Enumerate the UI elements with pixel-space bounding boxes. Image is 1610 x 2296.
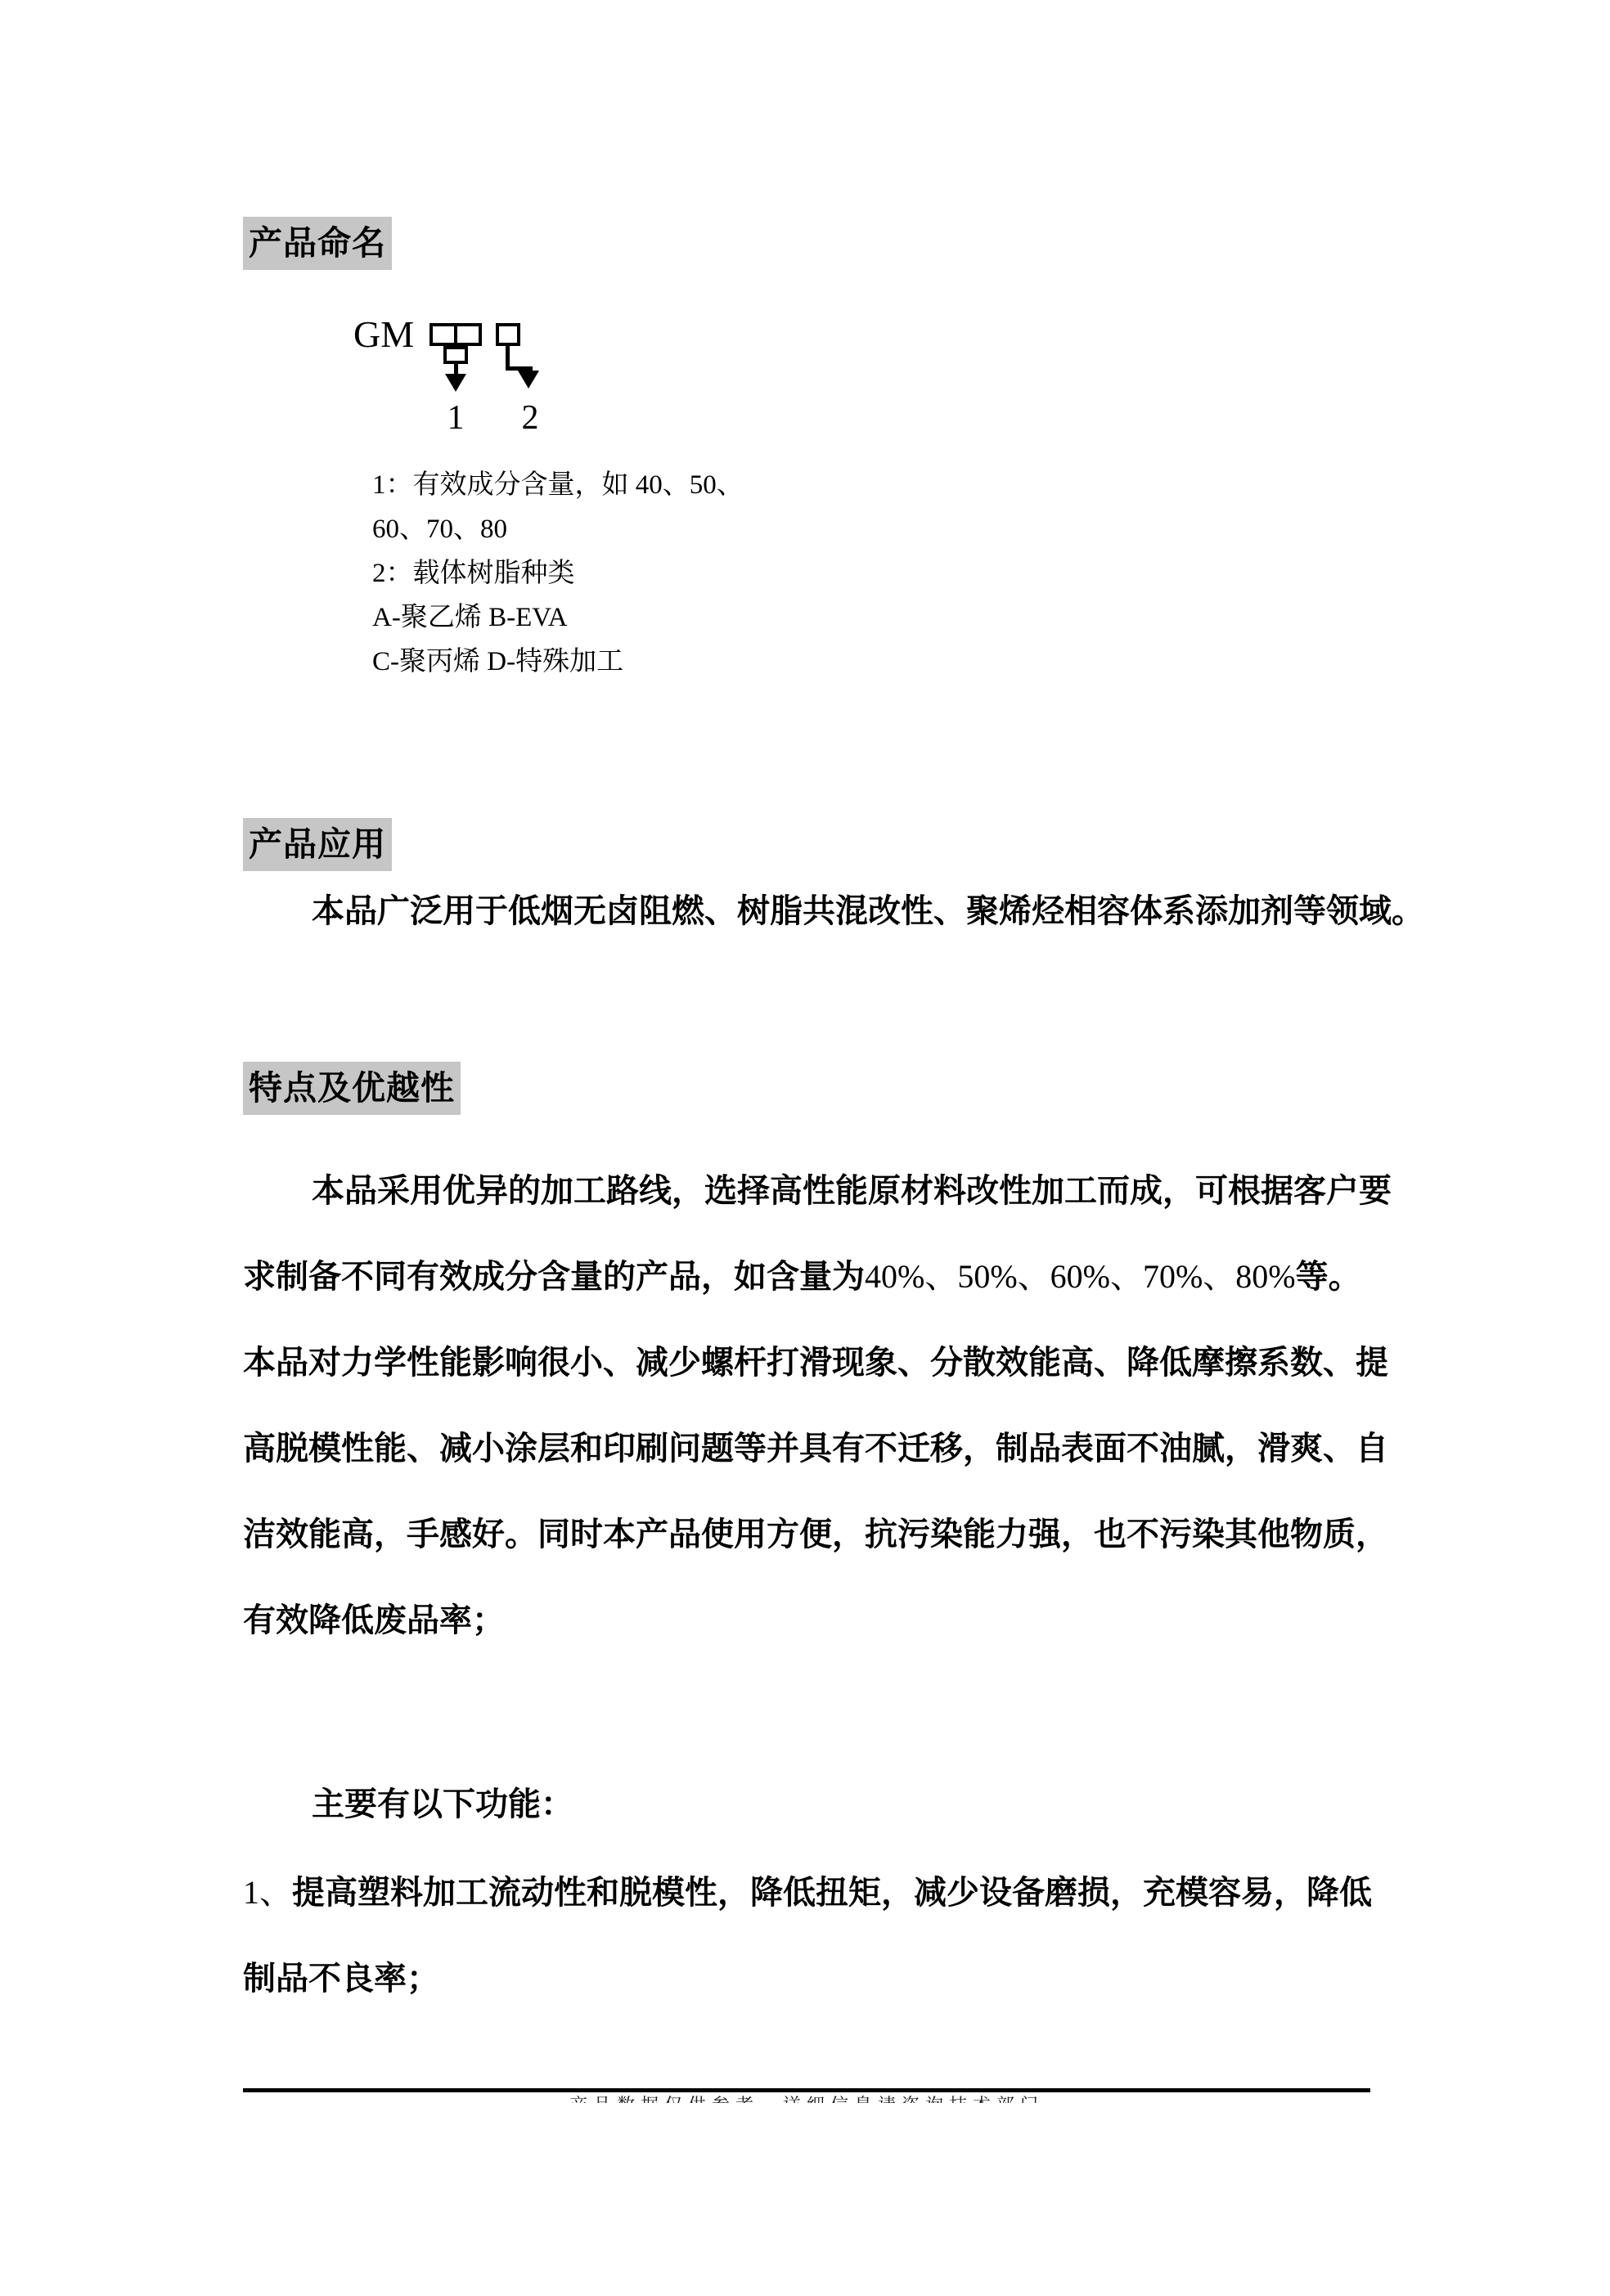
naming-notes: 1：有效成分含量，如 40、50、 60、70、80 2：载体树脂种类 A-聚乙…	[372, 463, 896, 684]
product-code-prefix: GM	[353, 316, 414, 353]
arrow-down-icon	[445, 374, 466, 392]
naming-note-line: C-聚丙烯 D-特殊加工	[372, 640, 896, 684]
footer-clipped-text: 产品数据仅供参考，详细信息请咨询技术部门	[243, 2093, 1370, 2103]
features-line2-bold: 求制备不同有效成分含量的产品，如含量为	[243, 1259, 865, 1295]
features-paragraph-line: 有效降低废品率；	[243, 1599, 1372, 1642]
naming-note-line: 1：有效成分含量，如 40、50、	[372, 463, 896, 507]
document-page: 产品命名 GM 1 2 1：有效成分含量，如 40、50、 60、70、80 2…	[0, 0, 1610, 2296]
functions-intro-text: 主要有以下功能：	[243, 1783, 1372, 1826]
section-header-application: 产品应用	[243, 818, 392, 871]
code-slot1-sub-box-icon	[443, 346, 468, 364]
diagram-slot2-number: 2	[518, 401, 542, 435]
function-item-1-line-2: 制品不良率；	[243, 1957, 1372, 2000]
function-item-1-text: 提高塑料加工流动性和脱模性，降低扭矩，减少设备磨损，充模容易，降低	[292, 1875, 1372, 1911]
code-slot1-divider	[454, 326, 457, 343]
function-item-1-number: 1、	[243, 1874, 292, 1911]
features-line2-tail: 等。	[1296, 1259, 1361, 1295]
features-paragraph-line: 本品采用优异的加工路线，选择高性能原材料改性加工而成，可根据客户要	[243, 1170, 1372, 1212]
features-line2-percentages: 40%、50%、60%、70%、80%	[865, 1258, 1296, 1295]
features-paragraph-line: 求制备不同有效成分含量的产品，如含量为40%、50%、60%、70%、80%等。	[243, 1256, 1372, 1298]
arrow-down-icon	[518, 371, 539, 389]
naming-code-diagram: GM 1 2	[352, 319, 581, 442]
features-paragraph-line: 本品对力学性能影响很小、减少螺杆打滑现象、分散效能高、降低摩擦系数、提	[243, 1341, 1372, 1384]
code-slot1-boxes-icon	[429, 323, 482, 346]
function-item-1-line-1: 1、提高塑料加工流动性和脱模性，降低扭矩，减少设备磨损，充模容易，降低	[243, 1871, 1372, 1914]
features-paragraph-line: 高脱模性能、减小涂层和印刷问题等并具有不迁移，制品表面不油腻，滑爽、自	[243, 1427, 1372, 1470]
application-body-text: 本品广泛用于低烟无卤阻燃、树脂共混改性、聚烯烃相容体系添加剂等领域。	[243, 890, 1372, 932]
naming-note-line: A-聚乙烯 B-EVA	[372, 595, 896, 640]
diagram-slot1-number: 1	[443, 401, 468, 435]
footer-clipped-text-content: 产品数据仅供参考，详细信息请咨询技术部门	[569, 2095, 1044, 2103]
features-paragraph-line: 洁效能高，手感好。同时本产品使用方便，抗污染能力强，也不污染其他物质，	[243, 1513, 1372, 1556]
footer-divider-rule	[243, 2088, 1370, 2092]
naming-note-line: 2：载体树脂种类	[372, 551, 896, 595]
section-header-naming: 产品命名	[243, 217, 392, 270]
naming-note-line: 60、70、80	[372, 507, 896, 551]
section-header-features: 特点及优越性	[243, 1062, 461, 1115]
